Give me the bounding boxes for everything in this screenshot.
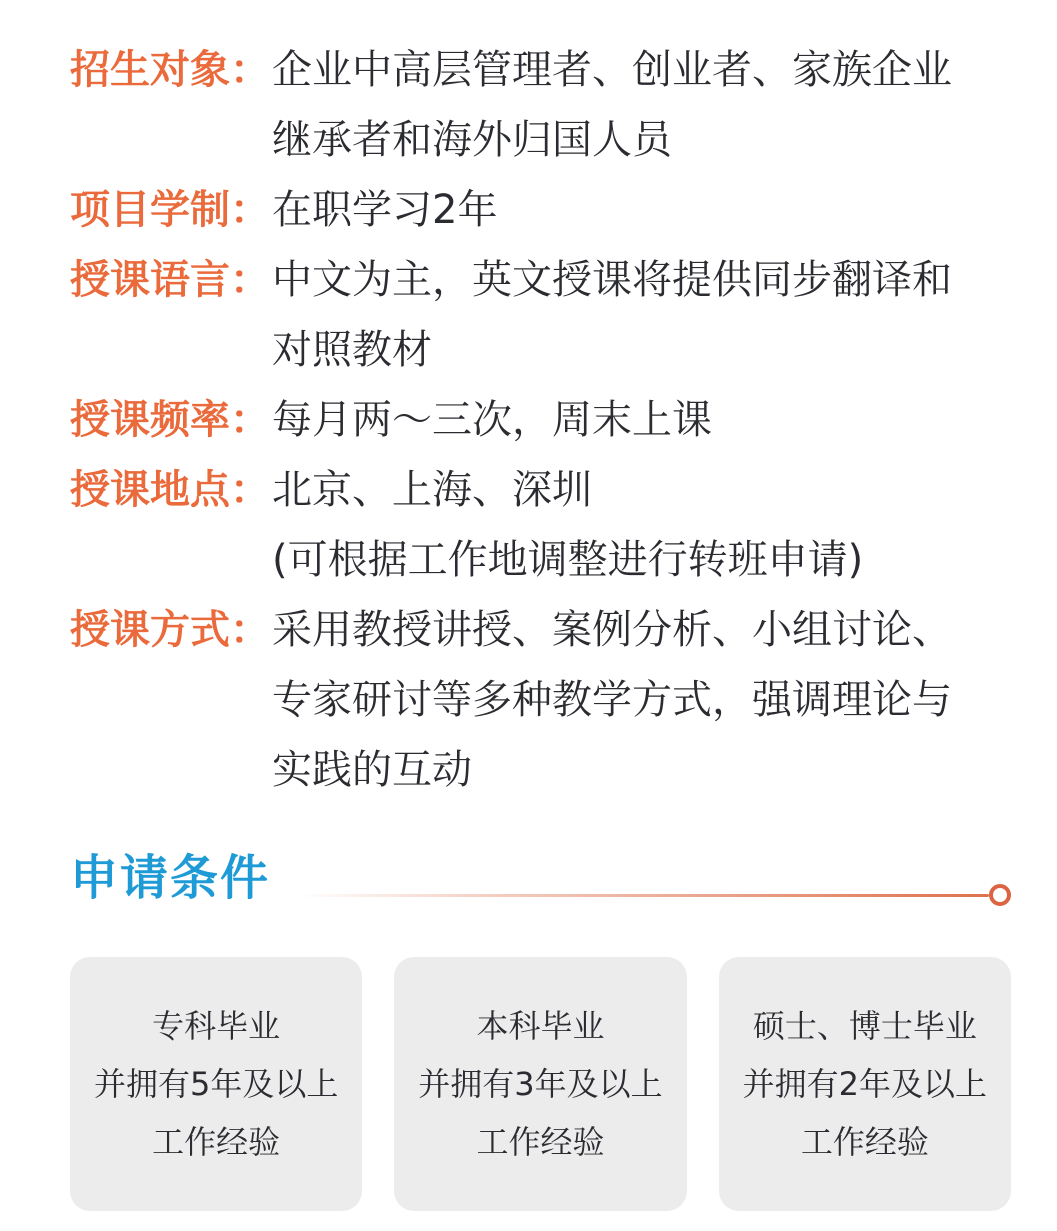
info-row-program-duration: 项目学制： 在职学习2年: [70, 175, 1011, 245]
requirement-suffix: 工作经验: [152, 1113, 280, 1171]
info-label-class-location: 授课地点：: [70, 455, 270, 525]
info-value-class-location: 北京、上海、深圳 (可根据工作地调整进行转班申请): [272, 455, 1011, 595]
divider-endpoint-circle-icon: [989, 884, 1011, 906]
requirement-degree: 专科毕业: [152, 997, 280, 1055]
divider-line: [298, 894, 989, 897]
requirement-experience: 并拥有2年及以上: [743, 1055, 987, 1113]
info-label-class-frequency: 授课频率：: [70, 385, 270, 455]
info-value-program-duration: 在职学习2年: [272, 175, 1011, 245]
info-value-teaching-method: 采用教授讲授、案例分析、小组讨论、 专家研讨等多种教学方式，强调理论与 实践的互…: [272, 595, 1011, 805]
info-label-teaching-method: 授课方式：: [70, 595, 270, 665]
requirement-degree: 硕士、博士毕业: [753, 997, 977, 1055]
program-info-list: 招生对象： 企业中高层管理者、创业者、家族企业 继承者和海外归国人员 项目学制：…: [70, 35, 1011, 805]
requirement-card-bachelor: 本科毕业 并拥有3年及以上 工作经验: [394, 957, 686, 1211]
requirement-degree: 本科毕业: [476, 997, 604, 1055]
info-label-teaching-language: 授课语言：: [70, 245, 270, 315]
info-value-class-frequency: 每月两～三次，周末上课: [272, 385, 1011, 455]
requirement-suffix: 工作经验: [476, 1113, 604, 1171]
requirement-card-associate: 专科毕业 并拥有5年及以上 工作经验: [70, 957, 362, 1211]
info-row-enrollment-target: 招生对象： 企业中高层管理者、创业者、家族企业 继承者和海外归国人员: [70, 35, 1011, 175]
requirement-suffix: 工作经验: [801, 1113, 929, 1171]
info-row-teaching-language: 授课语言： 中文为主，英文授课将提供同步翻译和 对照教材: [70, 245, 1011, 385]
section-divider: [298, 884, 1011, 906]
info-value-teaching-language: 中文为主，英文授课将提供同步翻译和 对照教材: [272, 245, 1011, 385]
requirement-card-master-doctor: 硕士、博士毕业 并拥有2年及以上 工作经验: [719, 957, 1011, 1211]
requirement-cards: 专科毕业 并拥有5年及以上 工作经验 本科毕业 并拥有3年及以上 工作经验 硕士…: [70, 957, 1011, 1211]
info-label-enrollment-target: 招生对象：: [70, 35, 270, 105]
section-title: 申请条件: [70, 848, 270, 908]
info-row-teaching-method: 授课方式： 采用教授讲授、案例分析、小组讨论、 专家研讨等多种教学方式，强调理论…: [70, 595, 1011, 805]
application-section-header: 申请条件: [70, 848, 1011, 908]
info-row-class-frequency: 授课频率： 每月两～三次，周末上课: [70, 385, 1011, 455]
requirement-experience: 并拥有3年及以上: [418, 1055, 662, 1113]
info-value-enrollment-target: 企业中高层管理者、创业者、家族企业 继承者和海外归国人员: [272, 35, 1011, 175]
requirement-experience: 并拥有5年及以上: [94, 1055, 338, 1113]
info-label-program-duration: 项目学制：: [70, 175, 270, 245]
info-row-class-location: 授课地点： 北京、上海、深圳 (可根据工作地调整进行转班申请): [70, 455, 1011, 595]
program-info-page: 招生对象： 企业中高层管理者、创业者、家族企业 继承者和海外归国人员 项目学制：…: [0, 0, 1057, 1231]
